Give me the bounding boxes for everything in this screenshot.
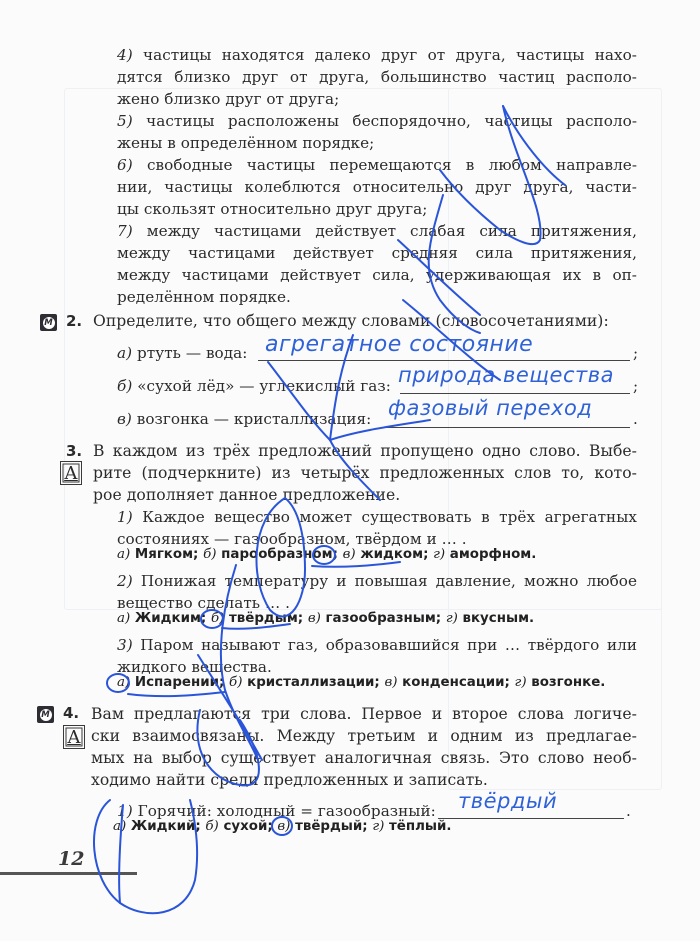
answer-field-b[interactable] [400,393,630,394]
options-row: а) Жидкий; б) сухой; в) твёрдый; г) тёпл… [113,819,451,834]
a-badge-icon: А [60,461,82,485]
text-line: дятся близко друг от друга, большинство … [117,66,637,88]
question-text: 3) Паром называют газ, образовавшийся пр… [117,634,637,656]
question-text: 2) Понижая температуру и повышая давлени… [117,570,637,592]
option-c-selected[interactable]: в) твёрдый; [277,819,367,834]
option-c-selected[interactable]: в) жидком; [343,547,429,562]
option-d[interactable]: г) аморфном. [433,547,536,562]
option-b[interactable]: б) парообразном; [203,547,338,562]
handwritten-answer-c: фазовый переход [388,396,592,420]
handwritten-answer-b: природа вещества [398,363,614,387]
option-c[interactable]: в) конденсации; [384,675,509,690]
punctuation: ; [633,375,643,397]
handwritten-answer: твёрдый [458,789,557,813]
punctuation: . [626,800,636,822]
option-c[interactable]: в) газообразным; [308,611,441,626]
task-number: 3. [66,442,82,460]
option-d[interactable]: г) тёплый. [372,819,451,834]
task-number: 4. [63,704,79,722]
text-line: 4) частицы находятся далеко друг от друг… [117,44,637,66]
text-line: между частицами действует сила, удержива… [117,264,637,286]
text-line: 7) между частицами действует слабая сила… [117,220,637,242]
answer-field-c[interactable] [383,427,630,428]
option-a-selected[interactable]: а) Испарении; [117,675,224,690]
answer-field-a[interactable] [258,360,630,361]
page-number: 12 [58,848,84,870]
options-row: а) Жидким; б) твёрдым; в) газообразным; … [117,611,534,626]
text-line: цы скользят относительно друг друга; [117,198,637,220]
text-line: 5) частицы расположены беспорядочно, час… [117,110,637,132]
footer-rule [0,872,137,875]
question-text: 1) Каждое вещество может существовать в … [117,506,637,528]
handwritten-answer-a: агрегатное состояние [265,332,533,357]
task-prompt: ски взаимосвязаны. Между третьим и одним… [91,725,637,747]
task-prompt: В каждом из трёх предложений пропущено о… [93,440,637,462]
option-b[interactable]: б) кристаллизации; [229,675,380,690]
options-row: а) Испарении; б) кристаллизации; в) конд… [117,675,605,690]
option-d[interactable]: г) вкусным. [446,611,534,626]
text-line: 6) свободные частицы перемещаются в любо… [117,154,637,176]
text-line: жены в определённом порядке; [117,132,637,154]
text-line: нии, частицы колеблются относительно дру… [117,176,637,198]
punctuation: . [633,408,643,430]
workbook-page: 4) частицы находятся далеко друг от друг… [0,0,700,941]
option-a[interactable]: а) Мягком; [117,547,198,562]
task-prompt: Определите, что общего между словами (сл… [93,310,613,332]
option-a[interactable]: а) Жидким; [117,611,206,626]
answer-field[interactable] [438,818,624,819]
text-line: жено близко друг от друга; [117,88,637,110]
option-a[interactable]: а) Жидкий; [113,819,201,834]
options-row: а) Мягком; б) парообразном; в) жидком; г… [117,547,536,562]
task-prompt: рите (подчеркните) из четырёх предложенн… [93,462,637,484]
option-b-selected[interactable]: б) твёрдым; [211,611,303,626]
task-prompt: рое дополняет данное предложение. [93,484,613,506]
task-prompt: Вам предлагаются три слова. Первое и вто… [91,703,637,725]
punctuation: ; [633,342,643,364]
text-line: между частицами действует средняя сила п… [117,242,637,264]
text-line: ределённом порядке. [117,286,637,308]
task-number: 2. [66,312,82,330]
m-badge-icon: М [40,314,57,331]
a-badge-icon: А [63,725,85,749]
m-badge-icon: М [37,706,54,723]
option-b[interactable]: б) сухой; [205,819,272,834]
option-d[interactable]: г) возгонке. [515,675,606,690]
task-prompt: мых на выбор существует аналогичная связ… [91,747,637,769]
task-prompt: ходимо найти среди предложенных и записа… [91,769,611,791]
